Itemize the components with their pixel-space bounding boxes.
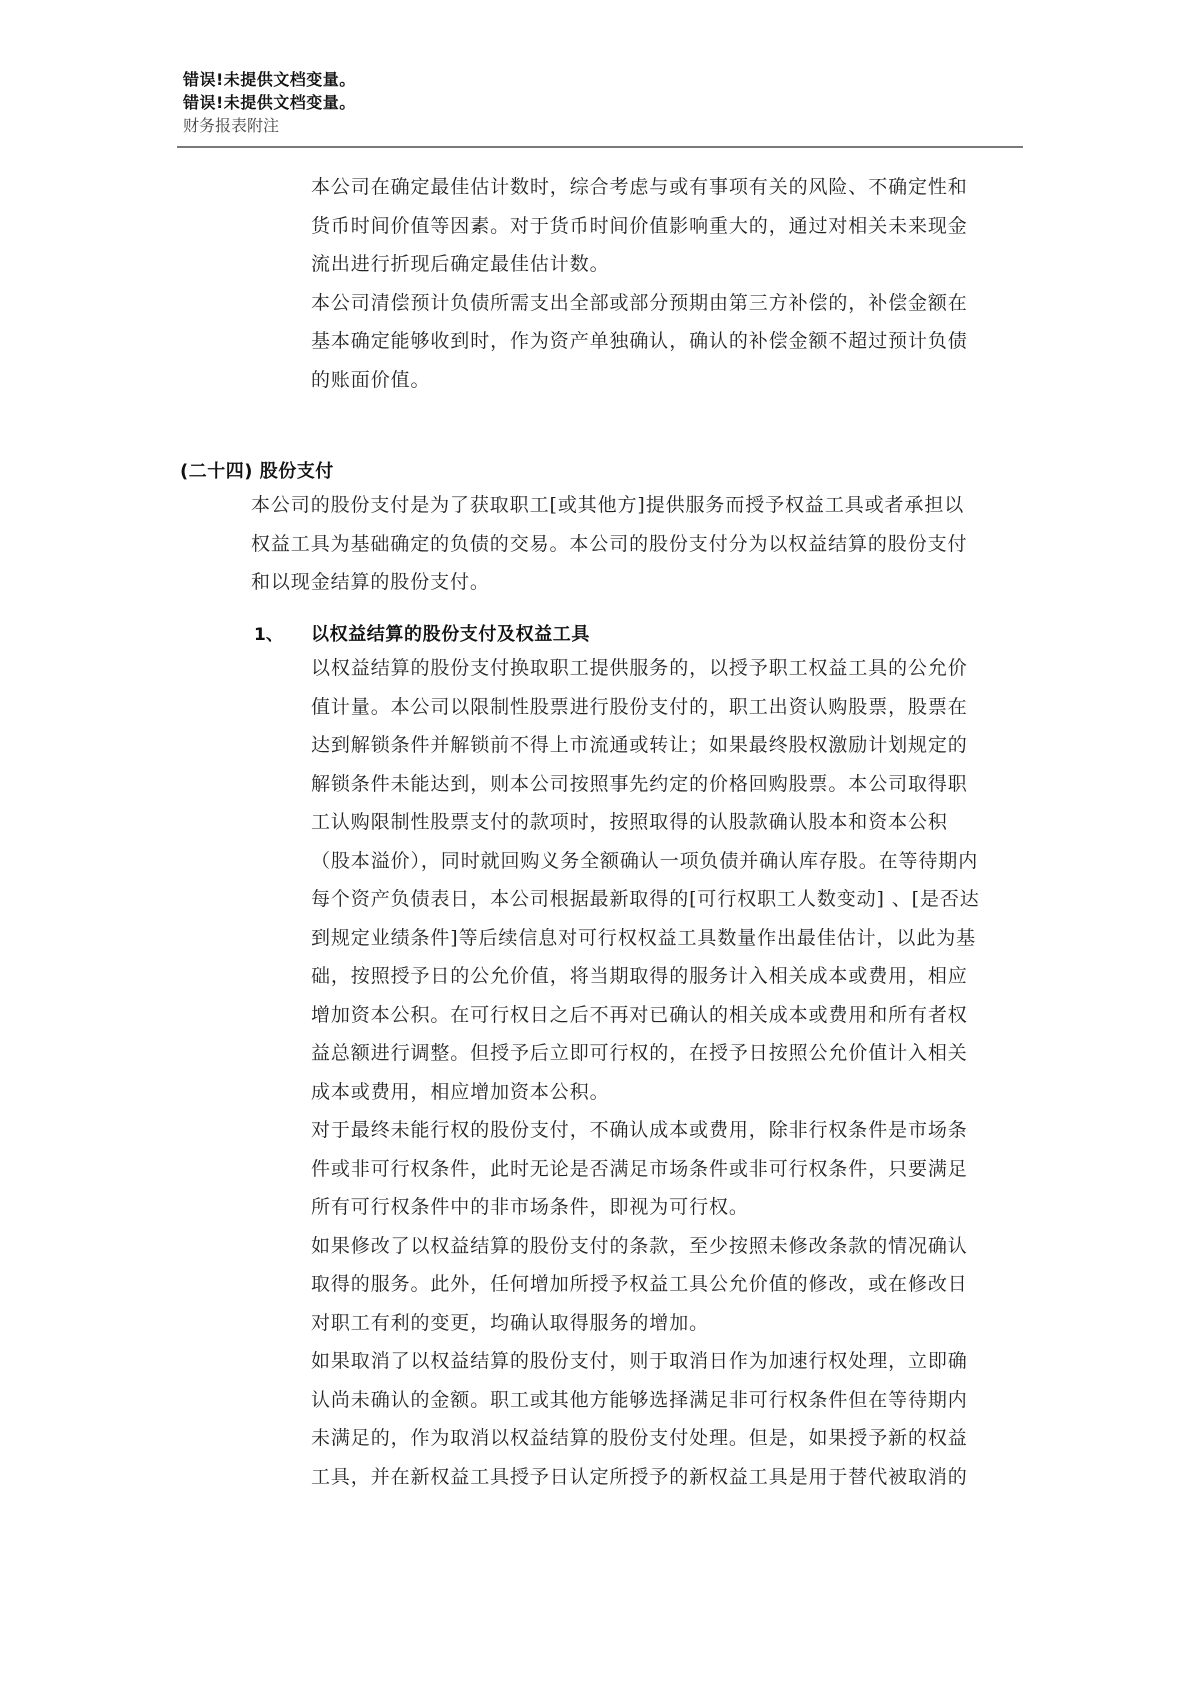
text-line: 取得的服务。此外，任何增加所授予权益工具公允价值的修改，或在修改日 (311, 1265, 980, 1304)
text-line: 工认购限制性股票支付的款项时，按照取得的认股款确认股本和资本公积 (311, 803, 980, 842)
text-line: 权益工具为基础确定的负债的交易。本公司的股份支付分为以权益结算的股份支付 (251, 525, 967, 564)
text-line: 流出进行折现后确定最佳估计数。 (311, 245, 968, 284)
text-line: 对于最终未能行权的股份支付，不确认成本或费用，除非行权条件是市场条 (311, 1111, 980, 1150)
text-line: 益总额进行调整。但授予后立即可行权的，在授予日按照公允价值计入相关 (311, 1034, 980, 1073)
subsection-number: 1、 (254, 620, 283, 645)
page-header: 错误!未提供文档变量。 错误!未提供文档变量。 财务报表附注 (183, 68, 1023, 137)
text-line: 本公司在确定最佳估计数时，综合考虑与或有事项有关的风险、不确定性和 (311, 168, 968, 207)
text-line: 认尚未确认的金额。职工或其他方能够选择满足非可行权条件但在等待期内 (311, 1381, 980, 1420)
text-line: 基本确定能够收到时，作为资产单独确认，确认的补偿金额不超过预计负债 (311, 322, 968, 361)
text-line: 和以现金结算的股份支付。 (251, 563, 967, 602)
text-line: 货币时间价值等因素。对于货币时间价值影响重大的，通过对相关未来现金 (311, 207, 968, 246)
provisions-paragraphs: 本公司在确定最佳估计数时，综合考虑与或有事项有关的风险、不确定性和 货币时间价值… (311, 168, 968, 399)
text-line: 对职工有利的变更，均确认取得服务的增加。 (311, 1304, 980, 1343)
text-line: 的账面价值。 (311, 361, 968, 400)
text-line: 未满足的，作为取消以权益结算的股份支付处理。但是，如果授予新的权益 (311, 1419, 980, 1458)
text-line: 如果修改了以权益结算的股份支付的条款，至少按照未修改条款的情况确认 (311, 1227, 980, 1266)
text-line: 成本或费用，相应增加资本公积。 (311, 1073, 980, 1112)
text-line: 所有可行权条件中的非市场条件，即视为可行权。 (311, 1188, 980, 1227)
text-line: 如果取消了以权益结算的股份支付，则于取消日作为加速行权处理，立即确 (311, 1342, 980, 1381)
text-line: （股本溢价），同时就回购义务全额确认一项负债并确认库存股。在等待期内 (311, 842, 980, 881)
text-line: 本公司的股份支付是为了获取职工[或其他方]提供服务而授予权益工具或者承担以 (251, 486, 967, 525)
text-line: 到规定业绩条件]等后续信息对可行权权益工具数量作出最佳估计，以此为基 (311, 919, 980, 958)
header-subtitle: 财务报表附注 (183, 114, 1023, 137)
subsection-body: 以权益结算的股份支付换取职工提供服务的，以授予职工权益工具的公允价 值计量。本公… (311, 649, 980, 1496)
text-line: 以权益结算的股份支付换取职工提供服务的，以授予职工权益工具的公允价 (311, 649, 980, 688)
section-heading: (二十四) 股份支付 (180, 457, 334, 483)
text-line: 工具，并在新权益工具授予日认定所授予的新权益工具是用于替代被取消的 (311, 1458, 980, 1497)
text-line: 件或非可行权条件，此时无论是否满足市场条件或非可行权条件，只要满足 (311, 1150, 980, 1189)
text-line: 值计量。本公司以限制性股票进行股份支付的，职工出资认购股票，股票在 (311, 688, 980, 727)
header-divider (177, 146, 1023, 148)
text-line: 达到解锁条件并解锁前不得上市流通或转让；如果最终股权激励计划规定的 (311, 726, 980, 765)
subsection-heading: 以权益结算的股份支付及权益工具 (311, 620, 590, 646)
text-line: 每个资产负债表日，本公司根据最新取得的[可行权职工人数变动] 、[是否达 (311, 880, 980, 919)
text-line: 础，按照授予日的公允价值，将当期取得的服务计入相关成本或费用，相应 (311, 957, 980, 996)
header-error-line-2: 错误!未提供文档变量。 (183, 91, 1023, 114)
text-line: 本公司清偿预计负债所需支出全部或部分预期由第三方补偿的，补偿金额在 (311, 284, 968, 323)
text-line: 增加资本公积。在可行权日之后不再对已确认的相关成本或费用和所有者权 (311, 996, 980, 1035)
text-line: 解锁条件未能达到，则本公司按照事先约定的价格回购股票。本公司取得职 (311, 765, 980, 804)
section-intro: 本公司的股份支付是为了获取职工[或其他方]提供服务而授予权益工具或者承担以 权益… (251, 486, 967, 602)
header-error-line-1: 错误!未提供文档变量。 (183, 68, 1023, 91)
